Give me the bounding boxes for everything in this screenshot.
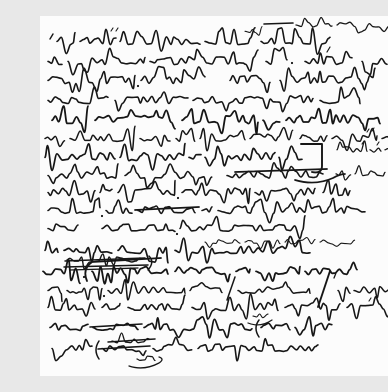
comma-line-11: [176, 233, 178, 235]
diaeresis-line-1-a: [111, 28, 113, 31]
word-cluster: [256, 267, 300, 282]
word-cluster: [266, 48, 287, 65]
word-cluster: [50, 324, 88, 331]
diaeresis-line-15-a: [369, 298, 371, 301]
word-cluster: [205, 28, 255, 45]
word-cluster: [261, 28, 330, 54]
handwritten-line-11: [48, 216, 305, 239]
word-cluster: [338, 287, 350, 301]
handwriting-facsimile: [40, 16, 388, 376]
word-cluster: [175, 237, 310, 263]
underline-line-12b-a: [64, 265, 148, 267]
word-cluster: [218, 198, 365, 222]
word-cluster: [140, 135, 170, 146]
comma-line-10: [101, 215, 103, 217]
word-cluster: [48, 224, 78, 231]
word-cluster: [102, 224, 175, 231]
handwritten-line-1: [57, 28, 330, 54]
word-cluster: [280, 67, 375, 91]
comma-line-9: [177, 197, 179, 199]
word-cluster: [175, 267, 230, 282]
word-cluster: [320, 240, 355, 246]
word-cluster: [238, 282, 310, 293]
slash-line-14-b: [318, 271, 330, 307]
handwritten-line-10: [48, 198, 365, 223]
paren-line-16: [256, 320, 259, 337]
word-cluster: [125, 164, 212, 188]
period-line-2: [291, 62, 293, 64]
word-cluster: [48, 68, 135, 92]
word-cluster: [150, 49, 258, 71]
word-cluster: [320, 87, 360, 103]
word-cluster: [102, 304, 120, 310]
comma-line-13: [83, 276, 85, 278]
handwritten-line-7: [45, 144, 302, 171]
word-cluster: [305, 262, 357, 274]
word-cluster: [108, 280, 185, 300]
word-cluster: [153, 337, 192, 351]
word-cluster: [100, 185, 112, 193]
word-cluster: [80, 29, 116, 44]
comma-line-1: [327, 47, 330, 52]
handwritten-line-14: [48, 278, 388, 301]
word-cluster: [253, 314, 268, 318]
word-cluster: [305, 52, 352, 65]
word-cluster: [255, 188, 315, 201]
underline-line-12b-b: [70, 268, 138, 270]
handwritten-line-2: [48, 48, 387, 75]
word-cluster: [286, 109, 380, 131]
diaeresis-line-6-a: [367, 129, 369, 132]
word-cluster: [285, 298, 340, 320]
word-cluster: [193, 96, 313, 112]
word-cluster: [43, 259, 80, 283]
word-cluster: [382, 126, 388, 142]
apostrophe-line-1: [50, 34, 53, 39]
em-dash-top: [264, 23, 293, 24]
word-cluster: [57, 33, 75, 54]
word-cluster: [236, 268, 250, 273]
word-cluster: [52, 106, 88, 132]
word-cluster: [205, 146, 275, 166]
word-cluster: [205, 240, 240, 248]
handwritten-line-5: [52, 106, 380, 134]
word-cluster: [202, 207, 212, 212]
word-cluster: [323, 180, 350, 195]
word-cluster: [48, 57, 62, 65]
word-cluster: [144, 317, 252, 338]
word-cluster: [141, 67, 205, 84]
handwritten-line-9: [48, 180, 350, 203]
handwritten-line-8-right: [336, 166, 385, 180]
manuscript-page: Facsimile of a handwritten manuscript pa…: [40, 16, 388, 376]
word-cluster: [192, 294, 278, 319]
word-cluster: [182, 109, 258, 134]
word-cluster: [355, 166, 385, 176]
word-cluster: [128, 295, 185, 310]
word-cluster: [347, 295, 388, 318]
comma-line-14: [103, 295, 105, 297]
handwritten-line-4: [48, 87, 360, 112]
word-cluster: [189, 155, 201, 159]
word-cluster: [296, 18, 332, 27]
word-cluster: [120, 31, 200, 52]
handwritten-insert-top: [296, 18, 388, 33]
word-cluster: [300, 135, 327, 141]
handwritten-line-17: [52, 337, 318, 361]
word-cluster: [67, 287, 102, 300]
tick-line-7-right-b: [377, 142, 379, 145]
diaeresis-line-1-b: [116, 28, 118, 31]
word-cluster: [182, 183, 250, 203]
word-cluster: [190, 283, 222, 293]
word-cluster: [261, 323, 290, 330]
word-cluster: [180, 216, 305, 239]
word-cluster: [295, 317, 332, 336]
word-cluster: [198, 339, 318, 361]
paren-line-17: [96, 341, 99, 359]
handwritten-line-6: [45, 126, 388, 151]
word-cluster: [337, 22, 388, 33]
word-cluster: [45, 144, 115, 171]
arc-line-16-insert: [248, 320, 272, 325]
word-cluster: [230, 76, 270, 93]
word-cluster: [263, 120, 280, 130]
handwritten-line-16-insert: [253, 314, 268, 318]
word-cluster: [68, 48, 145, 74]
word-cluster: [48, 164, 118, 184]
word-cluster: [45, 136, 65, 146]
word-cluster: [52, 340, 92, 361]
comma-line-3: [137, 85, 139, 87]
handwritten-line-3: [48, 67, 375, 93]
word-cluster: [354, 278, 388, 298]
word-cluster: [120, 144, 185, 170]
bracket-line-7: [301, 144, 322, 172]
handwritten-line-12: [45, 237, 310, 263]
word-cluster: [176, 129, 195, 142]
word-cluster: [115, 92, 188, 111]
word-cluster: [45, 241, 58, 253]
word-cluster: [370, 148, 381, 152]
